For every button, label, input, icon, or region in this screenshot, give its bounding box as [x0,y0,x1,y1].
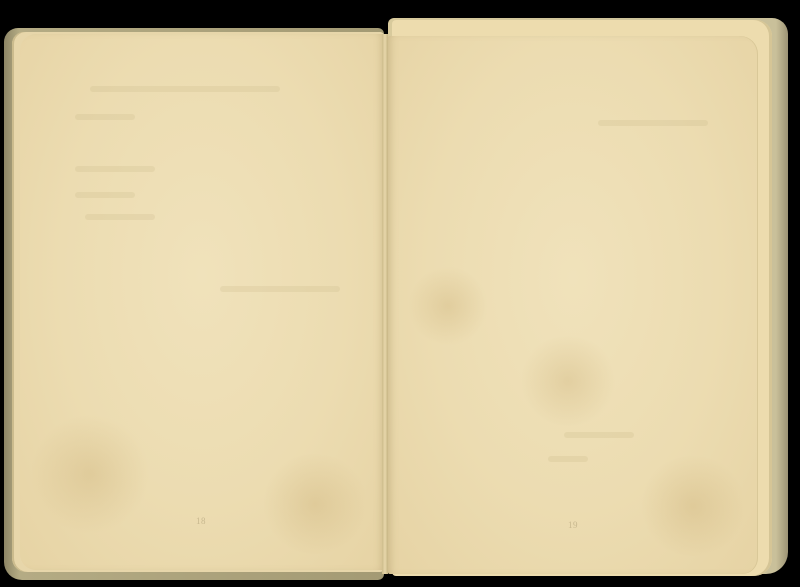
bleed-through-text [75,114,135,120]
right-page [388,36,758,574]
bleed-through-text [90,86,280,92]
book-gutter [382,34,388,574]
bleed-through-text [548,456,588,462]
paper-stain [260,454,370,554]
bleed-through-text [75,192,135,198]
left-page [20,34,384,570]
paper-stain [518,336,618,426]
page-number-right: 19 [568,520,578,530]
bleed-through-text [85,214,155,220]
bleed-through-text [598,120,708,126]
page-number-left: 18 [196,516,206,526]
paper-stain [638,456,748,556]
paper-stain [408,266,488,346]
bleed-through-text [220,286,340,292]
bleed-through-text [75,166,155,172]
bleed-through-text [564,432,634,438]
paper-stain [30,414,150,534]
